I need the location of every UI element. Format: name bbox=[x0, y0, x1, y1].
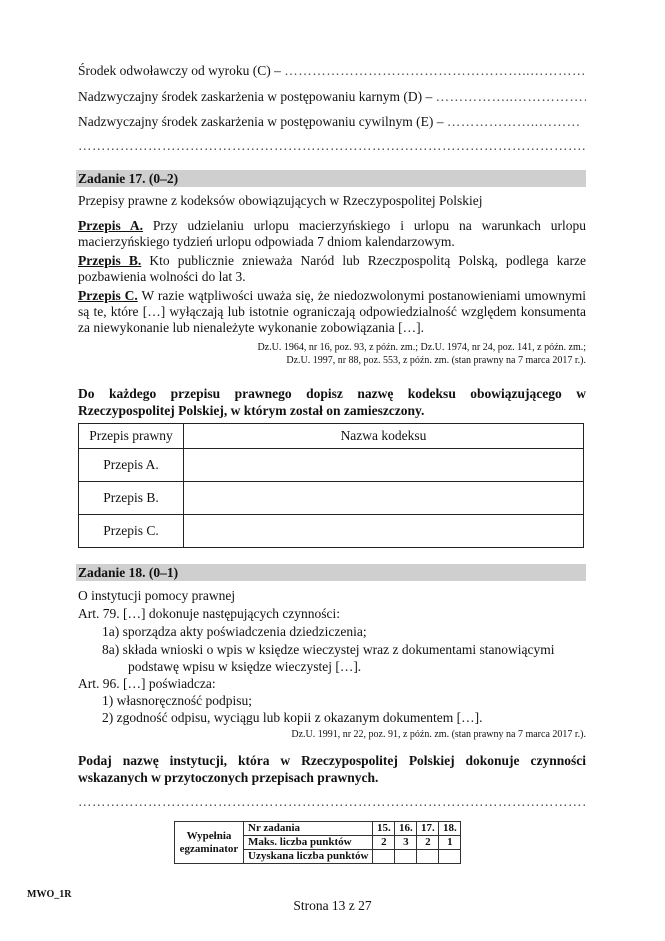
obtained-points-cell[interactable] bbox=[395, 850, 417, 864]
examiner-score-table: Wypełnia egzaminator Nr zadania 15. 16. … bbox=[174, 821, 461, 864]
max-points: 3 bbox=[395, 836, 417, 850]
provision-b: Przepis B. Kto publicznie znieważa Naród… bbox=[78, 253, 586, 285]
art-79: Art. 79. […] dokonuje następujących czyn… bbox=[78, 606, 340, 622]
row-label: Przepis C. bbox=[79, 515, 184, 548]
task-18-intro: O instytucji pomocy prawnej bbox=[78, 588, 235, 604]
column-header-provision: Przepis prawny bbox=[79, 424, 184, 449]
page-number: Strona 13 z 27 bbox=[0, 898, 665, 914]
art-96: Art. 96. […] poświadcza: bbox=[78, 676, 216, 692]
provision-b-label: Przepis B. bbox=[78, 253, 141, 268]
codes-answer-table: Przepis prawny Nazwa kodeksu Przepis A. … bbox=[78, 423, 584, 548]
answer-cell-c[interactable] bbox=[184, 515, 584, 548]
provision-a-label: Przepis A. bbox=[78, 218, 143, 233]
obtained-points-cell[interactable] bbox=[373, 850, 395, 864]
answer-cell-b[interactable] bbox=[184, 482, 584, 515]
answer-line-extra[interactable]: ………………………………………………………………………………………………..…… bbox=[78, 137, 586, 155]
art-79-item-1a: 1a) sporządza akty poświadczenia dziedzi… bbox=[102, 624, 367, 640]
art-79-item-8a: 8a) składa wnioski o wpis w księdze wiec… bbox=[102, 642, 586, 658]
dot-leader: ……………………………………………………………………………………………………… bbox=[78, 794, 586, 809]
task-number: 17. bbox=[417, 822, 439, 836]
provision-c: Przepis C. W razie wątpliwości uważa się… bbox=[78, 288, 586, 336]
task-17-source-1: Dz.U. 1964, nr 16, poz. 93, z późn. zm.;… bbox=[78, 341, 586, 354]
task-17-question: Do każdego przepisu prawnego dopisz nazw… bbox=[78, 385, 586, 419]
art-96-item-2: 2) zgodność odpisu, wyciągu lub kopii z … bbox=[102, 710, 483, 726]
task-18-answer-line[interactable]: ……………………………………………………………………………………………………… bbox=[78, 793, 586, 811]
obtained-points-cell[interactable] bbox=[417, 850, 439, 864]
provision-a: Przepis A. Przy udzielaniu urlopu macier… bbox=[78, 218, 586, 250]
answer-label: Nadzwyczajny środek zaskarżenia w postęp… bbox=[78, 114, 447, 129]
task-18-source: Dz.U. 1991, nr 22, poz. 91, z późn. zm. … bbox=[78, 728, 586, 741]
task-17-source-2: Dz.U. 1997, nr 88, poz. 553, z późn. zm.… bbox=[78, 354, 586, 367]
table-row: Przepis A. bbox=[79, 449, 584, 482]
row-label: Przepis B. bbox=[79, 482, 184, 515]
task-18-question: Podaj nazwę instytucji, która w Rzeczypo… bbox=[78, 752, 586, 786]
task-17-intro: Przepisy prawne z kodeksów obowiązującyc… bbox=[78, 193, 586, 209]
provision-c-label: Przepis C. bbox=[78, 288, 138, 303]
examiner-label-line2: egzaminator bbox=[180, 843, 239, 855]
provision-c-text: W razie wątpliwości uważa się, że niedoz… bbox=[78, 288, 586, 335]
obtained-points-cell[interactable] bbox=[439, 850, 461, 864]
answer-label: Środek odwoławczy od wyroku (C) – bbox=[78, 63, 284, 78]
row-label-max-points: Maks. liczba punktów bbox=[244, 836, 373, 850]
examiner-label: Wypełnia egzaminator bbox=[175, 822, 244, 864]
max-points: 1 bbox=[439, 836, 461, 850]
provision-b-text: Kto publicznie znieważa Naród lub Rzeczp… bbox=[78, 253, 586, 284]
dot-leader: ……………………………………………..……………….. bbox=[284, 63, 586, 78]
table-header-row: Przepis prawny Nazwa kodeksu bbox=[79, 424, 584, 449]
task-number: 18. bbox=[439, 822, 461, 836]
answer-label: Nadzwyczajny środek zaskarżenia w postęp… bbox=[78, 89, 436, 104]
answer-line-c[interactable]: Środek odwoławczy od wyroku (C) – ………………… bbox=[78, 62, 586, 80]
provision-a-text: Przy udzielaniu urlopu macierzyńskiego i… bbox=[78, 218, 586, 249]
task-number: 15. bbox=[373, 822, 395, 836]
answer-line-e[interactable]: Nadzwyczajny środek zaskarżenia w postęp… bbox=[78, 113, 586, 131]
task-18-header: Zadanie 18. (0–1) bbox=[76, 564, 586, 581]
dot-leader: ………………………………………………………………………………………………..…… bbox=[78, 138, 586, 153]
max-points: 2 bbox=[417, 836, 439, 850]
max-points: 2 bbox=[373, 836, 395, 850]
row-label: Przepis A. bbox=[79, 449, 184, 482]
dot-leader: ………………..……… bbox=[447, 114, 581, 129]
column-header-code-name: Nazwa kodeksu bbox=[184, 424, 584, 449]
task-17-header: Zadanie 17. (0–2) bbox=[76, 170, 586, 187]
row-label-task-number: Nr zadania bbox=[244, 822, 373, 836]
table-row: Przepis B. bbox=[79, 482, 584, 515]
table-row: Przepis C. bbox=[79, 515, 584, 548]
art-79-item-8a-cont: podstawę wpisu w księdze wieczystej […]. bbox=[128, 659, 361, 675]
examiner-label-line1: Wypełnia bbox=[187, 830, 232, 842]
answer-line-d[interactable]: Nadzwyczajny środek zaskarżenia w postęp… bbox=[78, 88, 586, 106]
task-number: 16. bbox=[395, 822, 417, 836]
row-label-obtained-points: Uzyskana liczba punktów bbox=[244, 850, 373, 864]
answer-cell-a[interactable] bbox=[184, 449, 584, 482]
art-96-item-1: 1) własnoręczność podpisu; bbox=[102, 693, 252, 709]
dot-leader: ……………..……………….. bbox=[436, 89, 586, 104]
